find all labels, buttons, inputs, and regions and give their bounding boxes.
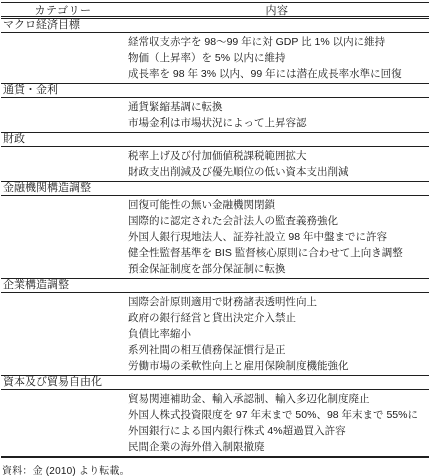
section-corporate-restructuring: 企業構造調整 国際会計原則適用で財務諸表透明性向上 政府の銀行経営と貸出決定介入… xyxy=(1,279,429,376)
category-cell: マクロ経済目標 xyxy=(1,19,429,33)
table-header-row: カテゴリー 内容 xyxy=(1,3,429,19)
policy-table: カテゴリー 内容 マクロ経済目標 経常収支赤字を 98～99 年に対 GDP 比… xyxy=(1,2,429,458)
content-line: 外国銀行による国内銀行株式 4%超過買入許容 xyxy=(128,423,429,439)
category-cell: 企業構造調整 xyxy=(1,279,429,293)
content-line: 系列社間の相互債務保証慣行是正 xyxy=(128,342,429,358)
section-currency-rates: 通貨・金利 通貨緊縮基調に転換 市場金利は市場状況によって上昇容認 xyxy=(1,84,429,133)
column-header-category: カテゴリー xyxy=(1,2,125,18)
content-line: 預金保証制度を部分保証制に転換 xyxy=(128,261,429,277)
section-fiscal: 財政 税率上げ及び付加価値税課税範囲拡大 財政支出削減及び優先順位の低い資本支出… xyxy=(1,133,429,182)
content-line: 負債比率縮小 xyxy=(128,326,429,342)
column-header-content: 内容 xyxy=(125,2,429,18)
content-line: 市場金利は市場状況によって上昇容認 xyxy=(128,115,429,131)
content-line: 財政支出削減及び優先順位の低い資本支出削減 xyxy=(128,164,429,180)
content-line: 国際的に認定された会計法人の監査義務強化 xyxy=(128,213,429,229)
content-line: 民間企業の海外借入制限撤廃 xyxy=(128,439,429,455)
content-line: 労働市場の柔軟性向上と雇用保険制度機能強化 xyxy=(128,358,429,374)
content-cell: 経常収支赤字を 98～99 年に対 GDP 比 1% 以内に維持 物価（上昇率）… xyxy=(1,33,429,84)
section-capital-trade-liberalization: 資本及び貿易自由化 貿易関連補助金、輸入承認制、輸入多辺化制度廃止 外国人株式投… xyxy=(1,376,429,456)
content-line: 貿易関連補助金、輸入承認制、輸入多辺化制度廃止 xyxy=(128,391,429,407)
source-note: 資料：金 (2010) より転載。 xyxy=(1,462,429,476)
content-line: 政府の銀行経営と貸出決定介入禁止 xyxy=(128,310,429,326)
content-line: 健全性監督基準を BIS 監督核心原則に合わせて上向き調整 xyxy=(128,245,429,261)
content-line: 通貨緊縮基調に転換 xyxy=(128,99,429,115)
category-cell: 資本及び貿易自由化 xyxy=(1,376,429,390)
section-financial-restructuring: 金融機関構造調整 回復可能性の無い金融機関閉鎖 国際的に認定された会計法人の監査… xyxy=(1,182,429,279)
category-cell: 金融機関構造調整 xyxy=(1,182,429,196)
content-line: 物価（上昇率）を 5% 以内に維持 xyxy=(128,50,429,66)
category-cell: 通貨・金利 xyxy=(1,84,429,98)
content-line: 税率上げ及び付加価値税課税範囲拡大 xyxy=(128,148,429,164)
content-line: 回復可能性の無い金融機関閉鎖 xyxy=(128,197,429,213)
section-macro-goals: マクロ経済目標 経常収支赤字を 98～99 年に対 GDP 比 1% 以内に維持… xyxy=(1,19,429,84)
content-cell: 貿易関連補助金、輸入承認制、輸入多辺化制度廃止 外国人株式投資限度を 97 年末… xyxy=(1,390,429,456)
category-cell: 財政 xyxy=(1,133,429,147)
content-cell: 回復可能性の無い金融機関閉鎖 国際的に認定された会計法人の監査義務強化 外国人銀… xyxy=(1,196,429,279)
page: カテゴリー 内容 マクロ経済目標 経常収支赤字を 98～99 年に対 GDP 比… xyxy=(0,0,430,476)
content-cell: 税率上げ及び付加価値税課税範囲拡大 財政支出削減及び優先順位の低い資本支出削減 xyxy=(1,147,429,182)
content-line: 経常収支赤字を 98～99 年に対 GDP 比 1% 以内に維持 xyxy=(128,34,429,50)
content-line: 外国人株式投資限度を 97 年末まで 50%、98 年末まで 55%に xyxy=(128,407,429,423)
content-cell: 国際会計原則適用で財務諸表透明性向上 政府の銀行経営と貸出決定介入禁止 負債比率… xyxy=(1,293,429,376)
content-line: 国際会計原則適用で財務諸表透明性向上 xyxy=(128,294,429,310)
content-line: 成長率を 98 年 3% 以内、99 年には潜在成長率水準に回復 xyxy=(128,66,429,82)
content-cell: 通貨緊縮基調に転換 市場金利は市場状況によって上昇容認 xyxy=(1,98,429,133)
content-line: 外国人銀行現地法人、証券社設立 98 年中盤までに許容 xyxy=(128,229,429,245)
